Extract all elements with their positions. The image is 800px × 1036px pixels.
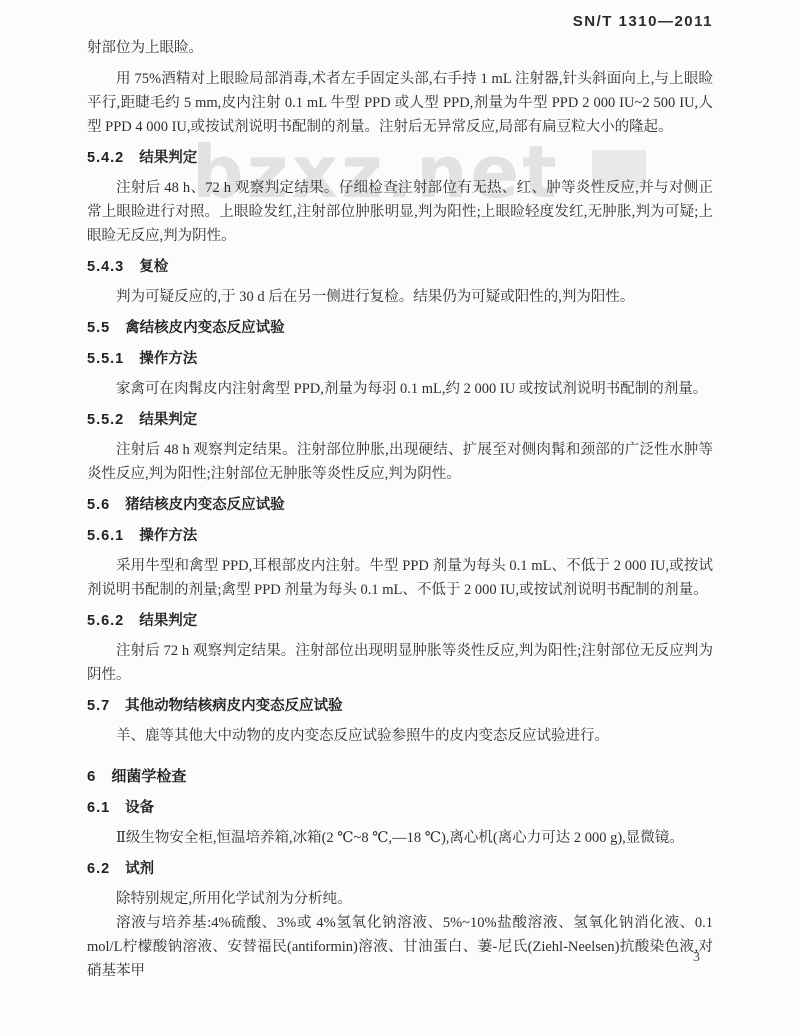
paragraph: 注射后 48 h 观察判定结果。注射部位肿胀,出现硬结、扩展至对侧肉髯和颈部的广…: [87, 438, 713, 486]
section-number: 5.7: [87, 698, 110, 714]
section-number: 5.6.1: [87, 528, 124, 544]
section-title: 禽结核皮内变态反应试验: [125, 320, 285, 336]
document-page: bzxz.net SN/T 1310—2011 射部位为上眼睑。用 75%酒精对…: [0, 0, 800, 1036]
section-heading-5.6.2: 5.6.2结果判定: [87, 609, 713, 633]
section-number: 5.6.2: [87, 613, 124, 629]
section-heading-6.1: 6.1设备: [87, 796, 713, 820]
section-number: 5.4.3: [87, 259, 124, 275]
page-number: 3: [693, 950, 700, 966]
section-title: 结果判定: [139, 412, 197, 428]
section-number: 5.6: [87, 497, 110, 513]
section-number: 6.2: [87, 861, 110, 877]
section-title: 操作方法: [139, 528, 197, 544]
paragraph: 用 75%酒精对上眼睑局部消毒,术者左手固定头部,右手持 1 mL 注射器,针头…: [87, 67, 713, 139]
paragraph: 家禽可在肉髯皮内注射禽型 PPD,剂量为每羽 0.1 mL,约 2 000 IU…: [87, 377, 713, 401]
section-heading-5.7: 5.7其他动物结核病皮内变态反应试验: [87, 694, 713, 718]
section-title: 细菌学检查: [111, 768, 186, 785]
section-title: 操作方法: [139, 351, 197, 367]
section-heading-5.4.3: 5.4.3复检: [87, 255, 713, 279]
paragraph: 除特别规定,所用化学试剂为分析纯。: [87, 887, 713, 911]
paragraph: 采用牛型和禽型 PPD,耳根部皮内注射。牛型 PPD 剂量为每头 0.1 mL、…: [87, 554, 713, 602]
paragraph: 羊、鹿等其他大中动物的皮内变态反应试验参照牛的皮内变态反应试验进行。: [87, 724, 713, 748]
section-title: 结果判定: [139, 613, 197, 629]
paragraph: Ⅱ级生物安全柜,恒温培养箱,冰箱(2 ℃~8 ℃,—18 ℃),离心机(离心力可…: [87, 826, 713, 850]
paragraph: 判为可疑反应的,于 30 d 后在另一侧进行复检。结果仍为可疑或阳性的,判为阳性…: [87, 285, 713, 309]
section-number: 5.5.2: [87, 412, 124, 428]
section-title: 复检: [139, 259, 168, 275]
document-body: 射部位为上眼睑。用 75%酒精对上眼睑局部消毒,术者左手固定头部,右手持 1 m…: [87, 36, 713, 983]
section-number: 5.5.1: [87, 351, 124, 367]
section-heading-5.5.2: 5.5.2结果判定: [87, 408, 713, 432]
section-title: 结果判定: [139, 150, 197, 166]
section-number: 5.4.2: [87, 150, 124, 166]
section-title: 设备: [125, 800, 154, 816]
section-heading-6: 6细菌学检查: [87, 765, 713, 789]
section-title: 猪结核皮内变态反应试验: [125, 497, 285, 513]
paragraph: 注射后 72 h 观察判定结果。注射部位出现明显肿胀等炎性反应,判为阳性;注射部…: [87, 639, 713, 687]
section-heading-5.6.1: 5.6.1操作方法: [87, 524, 713, 548]
paragraph: 溶液与培养基:4%硫酸、3%或 4%氢氧化钠溶液、5%~10%盐酸溶液、氢氧化钠…: [87, 911, 713, 983]
section-number: 5.5: [87, 320, 110, 336]
paragraph: 射部位为上眼睑。: [87, 36, 713, 60]
section-heading-5.4.2: 5.4.2结果判定: [87, 146, 713, 170]
section-heading-5.5.1: 5.5.1操作方法: [87, 347, 713, 371]
section-number: 6.1: [87, 800, 110, 816]
section-heading-6.2: 6.2试剂: [87, 857, 713, 881]
standard-number-header: SN/T 1310—2011: [573, 13, 713, 30]
paragraph: 注射后 48 h、72 h 观察判定结果。仔细检查注射部位有无热、红、肿等炎性反…: [87, 176, 713, 248]
section-title: 试剂: [125, 861, 154, 877]
section-title: 其他动物结核病皮内变态反应试验: [125, 698, 343, 714]
section-heading-5.5: 5.5禽结核皮内变态反应试验: [87, 316, 713, 340]
section-heading-5.6: 5.6猪结核皮内变态反应试验: [87, 493, 713, 517]
section-number: 6: [87, 768, 96, 785]
